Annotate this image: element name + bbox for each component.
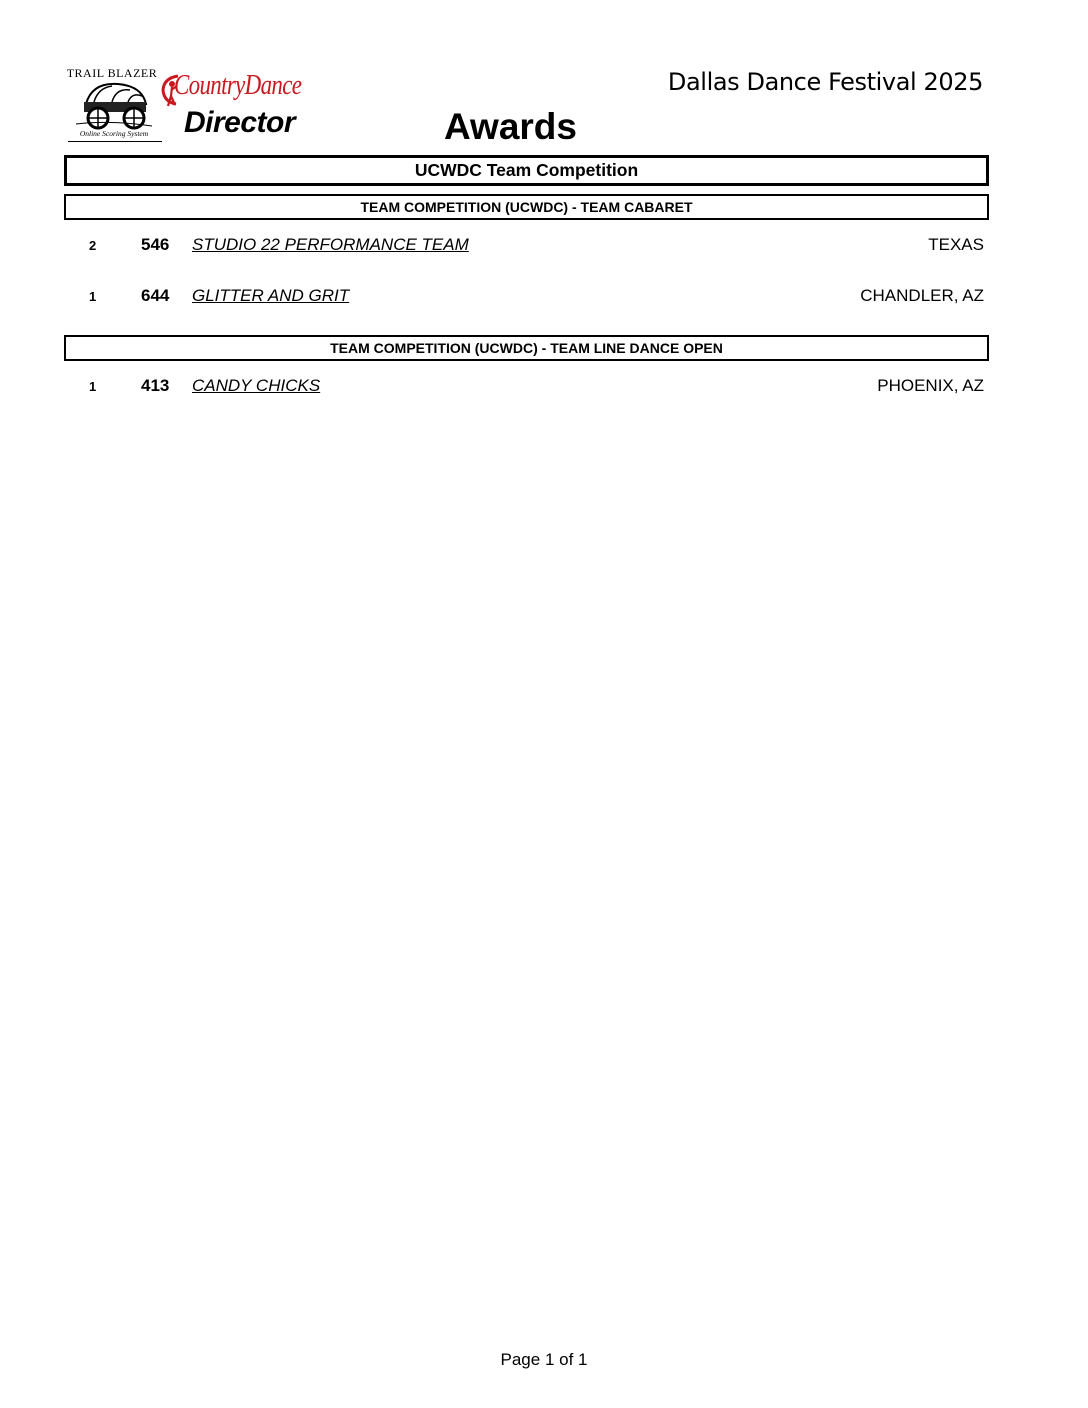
entry-location: PHOENIX, AZ — [877, 376, 984, 396]
entry-number: 413 — [141, 376, 169, 396]
entry-team-name[interactable]: GLITTER AND GRIT — [192, 286, 349, 306]
category-header: TEAM COMPETITION (UCWDC) - TEAM LINE DAN… — [64, 335, 989, 361]
document-title: Awards — [444, 106, 577, 148]
entry-team-name[interactable]: STUDIO 22 PERFORMANCE TEAM — [192, 235, 469, 255]
entry-place: 2 — [89, 238, 96, 253]
category-header: TEAM COMPETITION (UCWDC) - TEAM CABARET — [64, 194, 989, 220]
trail-blazer-logo-text: TRAIL BLAZER — [66, 66, 158, 81]
entry-place: 1 — [89, 289, 96, 304]
entry-location: CHANDLER, AZ — [860, 286, 984, 306]
section-title: UCWDC Team Competition — [64, 155, 989, 186]
trail-blazer-tagline: Online Scoring System — [68, 129, 160, 138]
director-wordmark: Director — [184, 106, 295, 140]
award-entry: 1 413 CANDY CHICKS PHOENIX, AZ — [64, 376, 986, 400]
trail-blazer-logo: TRAIL BLAZER Online Scoring System — [66, 66, 158, 146]
entry-place: 1 — [89, 379, 96, 394]
entry-number: 546 — [141, 235, 169, 255]
entry-team-name[interactable]: CANDY CHICKS — [192, 376, 320, 396]
event-title: Dallas Dance Festival 2025 — [668, 68, 983, 96]
entry-location: TEXAS — [928, 235, 984, 255]
award-entry: 2 546 STUDIO 22 PERFORMANCE TEAM TEXAS — [64, 235, 986, 259]
logo-underline — [68, 141, 162, 142]
page-number: Page 1 of 1 — [0, 1350, 1088, 1370]
award-entry: 1 644 GLITTER AND GRIT CHANDLER, AZ — [64, 286, 986, 310]
entry-number: 644 — [141, 286, 169, 306]
country-dance-wordmark: CountryDance — [174, 70, 301, 102]
covered-wagon-icon — [72, 80, 154, 130]
country-dance-director-logo: CountryDance Director — [160, 70, 320, 142]
